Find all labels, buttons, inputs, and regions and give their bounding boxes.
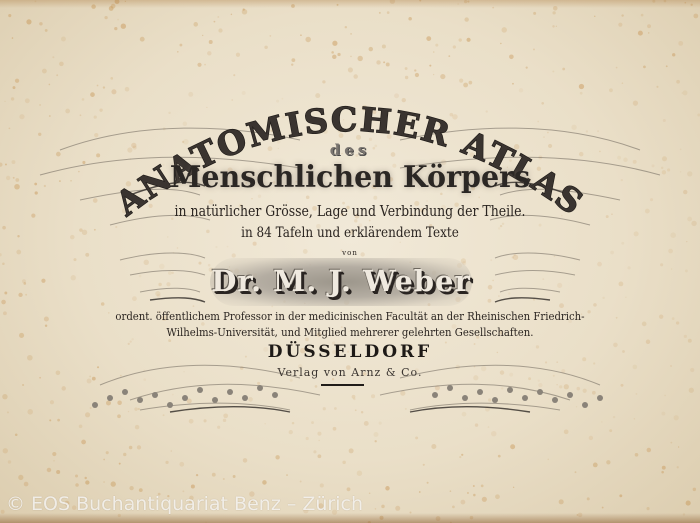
publisher: Verlag von Arnz & Co. xyxy=(0,366,700,379)
title-des: des xyxy=(0,141,700,159)
publication-city: DÜSSELDORF xyxy=(0,342,700,362)
author-description-1: ordent. öffentlichem Professor in der me… xyxy=(42,309,658,323)
author-description-2: Wilhelms-Universität, und Mitglied mehre… xyxy=(42,325,658,339)
line-plates: in 84 Tafeln und erklärendem Texte xyxy=(49,225,651,241)
title-subject: Menschlichen Körpers xyxy=(18,160,683,195)
publisher-underline xyxy=(321,384,364,386)
line-size: in natürlicher Grösse, Lage und Verbindu… xyxy=(49,204,651,220)
line-by: von xyxy=(0,249,700,257)
author-name: Dr. M. J. Weber xyxy=(210,264,472,298)
author-cartouche: Dr. M. J. Weber xyxy=(210,258,472,306)
copyright-watermark: © EOS Buchantiquariat Benz – Zürich xyxy=(6,493,363,515)
